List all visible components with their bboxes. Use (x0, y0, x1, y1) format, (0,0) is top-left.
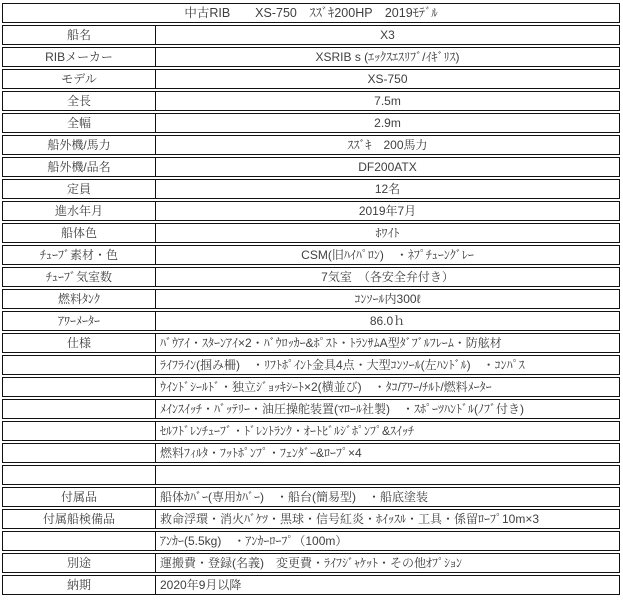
row-value: ﾎﾜｲﾄ (156, 224, 619, 242)
table-row: 船名 X3 (2, 25, 620, 45)
row-label (3, 378, 156, 396)
row-value: DF200ATX (156, 158, 619, 176)
table-row: 仕様 ﾊﾞｳｱｲ・ｽﾀｰﾝｱｲ×2・ﾊﾞｳﾛｯｶｰ&ﾎﾟｽﾄ・ﾄﾗﾝｻﾑA型ﾀﾞ… (2, 333, 620, 353)
table-row: ｱﾝｶｰ(5.5kg) ・ｱﾝｶｰﾛｰﾌﾟ（100m） (2, 531, 620, 551)
row-label: 船体色 (3, 224, 156, 242)
row-value: 運搬費・登録(名義) 変更費・ﾗｲﾌｼﾞｬｹｯﾄ・その他ｵﾌﾟｼｮﾝ (156, 554, 619, 572)
row-value: XS-750 (156, 70, 619, 88)
row-value: ｳｲﾝﾄﾞｼｰﾙﾄﾞ・独立ｼﾞｮｯｷｼｰﾄ×2(横並び) ・ﾀｺ/ｱﾜｰ/ﾁﾙﾄ… (156, 378, 619, 396)
row-label: ﾁｭｰﾌﾞ気室数 (3, 268, 156, 286)
row-label (3, 356, 156, 374)
table-row: 付属船検備品 救命浮環・消火ﾊﾞｹﾂ・黒球・信号紅炎・ﾎｲｯｽﾙ・工具・係留ﾛｰ… (2, 509, 620, 529)
table-row: モデル XS-750 (2, 69, 620, 89)
row-value: 燃料ﾌｨﾙﾀ・ﾌｯﾄﾎﾟﾝﾌﾟ・ﾌｪﾝﾀﾞｰ&ﾛｰﾌﾟ×4 (156, 444, 619, 462)
table-row: 定員 12名 (2, 179, 620, 199)
table-row: ｳｲﾝﾄﾞｼｰﾙﾄﾞ・独立ｼﾞｮｯｷｼｰﾄ×2(横並び) ・ﾀｺ/ｱﾜｰ/ﾁﾙﾄ… (2, 377, 620, 397)
row-value: 救命浮環・消火ﾊﾞｹﾂ・黒球・信号紅炎・ﾎｲｯｽﾙ・工具・係留ﾛｰﾌﾟ10m×3 (156, 510, 619, 528)
table-row: 船外機/馬力 ｽｽﾞｷ 200馬力 (2, 135, 620, 155)
row-label: モデル (3, 70, 156, 88)
row-value: 12名 (156, 180, 619, 198)
table-row: 付属品 船体ｶﾊﾞｰ(専用ｶﾊﾞｰ) ・船台(簡易型) ・船底塗装 (2, 487, 620, 507)
table-row: 船体色 ﾎﾜｲﾄ (2, 223, 620, 243)
row-label: ｱﾜｰﾒｰﾀｰ (3, 312, 156, 330)
row-value: ｽｽﾞｷ 200馬力 (156, 136, 619, 154)
row-label: 船名 (3, 26, 156, 44)
row-value: ｺﾝｿｰﾙ内300ℓ (156, 290, 619, 308)
row-value: X3 (156, 26, 619, 44)
table-row: ﾗｲﾌﾗｲﾝ(掴み柵) ・ﾘﾌﾄﾎﾟｲﾝﾄ金具4点・大型ｺﾝｿｰﾙ(左ﾊﾝﾄﾞﾙ… (2, 355, 620, 375)
row-value: ﾗｲﾌﾗｲﾝ(掴み柵) ・ﾘﾌﾄﾎﾟｲﾝﾄ金具4点・大型ｺﾝｿｰﾙ(左ﾊﾝﾄﾞﾙ… (156, 356, 619, 374)
row-label: 全幅 (3, 114, 156, 132)
row-label (3, 400, 156, 418)
table-row: ﾁｭｰﾌﾞ素材・色 CSM(旧ﾊｲﾊﾟﾛﾝ) ・ﾈﾌﾟﾁｭｰﾝｸﾞﾚｰ (2, 245, 620, 265)
row-value: CSM(旧ﾊｲﾊﾟﾛﾝ) ・ﾈﾌﾟﾁｭｰﾝｸﾞﾚｰ (156, 246, 619, 264)
row-label: 付属品 (3, 488, 156, 506)
row-label: RIBメーカー (3, 48, 156, 66)
table-title: 中古RIB XS-750 ｽｽﾞｷ200HP 2019ﾓﾃﾞﾙ (3, 4, 619, 22)
table-row: ﾒｲﾝｽｲｯﾁ・ﾊﾞｯﾃﾘｰ・油圧操舵装置(ﾏﾛｰﾙ社製) ・ｽﾎﾟｰﾂﾊﾝﾄﾞ… (2, 399, 620, 419)
table-row: ｾﾙﾌﾄﾞﾚﾝﾁｭｰﾌﾞ・ﾄﾞﾚﾝﾄﾗﾝｸ・ｵｰﾄﾋﾞﾙｼﾞﾎﾟﾝﾌﾟ&ｽｲｯﾁ (2, 421, 620, 441)
table-row: 船外機/品名 DF200ATX (2, 157, 620, 177)
table-row: 燃料ﾌｨﾙﾀ・ﾌｯﾄﾎﾟﾝﾌﾟ・ﾌｪﾝﾀﾞｰ&ﾛｰﾌﾟ×4 (2, 443, 620, 463)
row-value: 2.9m (156, 114, 619, 132)
table-row (2, 465, 620, 485)
table-row: 進水年月 2019年7月 (2, 201, 620, 221)
row-value (156, 466, 619, 484)
row-value: 2020年9月以降 (156, 576, 619, 594)
row-label: ﾁｭｰﾌﾞ素材・色 (3, 246, 156, 264)
row-value: 7気室 （各安全弁付き） (156, 268, 619, 286)
row-label (3, 444, 156, 462)
row-label: 納期 (3, 576, 156, 594)
table-row: 別途 運搬費・登録(名義) 変更費・ﾗｲﾌｼﾞｬｹｯﾄ・その他ｵﾌﾟｼｮﾝ (2, 553, 620, 573)
table-row: ｱﾜｰﾒｰﾀｰ 86.0ｈ (2, 311, 620, 331)
table-title-row: 中古RIB XS-750 ｽｽﾞｷ200HP 2019ﾓﾃﾞﾙ (2, 3, 620, 23)
row-value: 2019年7月 (156, 202, 619, 220)
table-row: 全長 7.5m (2, 91, 620, 111)
table-row: 納期 2020年9月以降 (2, 575, 620, 595)
row-value: 船体ｶﾊﾞｰ(専用ｶﾊﾞｰ) ・船台(簡易型) ・船底塗装 (156, 488, 619, 506)
row-value: 86.0ｈ (156, 312, 619, 330)
row-label: 仕様 (3, 334, 156, 352)
row-label: 進水年月 (3, 202, 156, 220)
row-value: XSRIB s (ｴｯｸｽｴｽﾘﾌﾞ/ｲｷﾞﾘｽ) (156, 48, 619, 66)
row-value: ｾﾙﾌﾄﾞﾚﾝﾁｭｰﾌﾞ・ﾄﾞﾚﾝﾄﾗﾝｸ・ｵｰﾄﾋﾞﾙｼﾞﾎﾟﾝﾌﾟ&ｽｲｯﾁ (156, 422, 619, 440)
table-row: 燃料ﾀﾝｸ ｺﾝｿｰﾙ内300ℓ (2, 289, 620, 309)
row-label: 全長 (3, 92, 156, 110)
row-value: 7.5m (156, 92, 619, 110)
row-label: 燃料ﾀﾝｸ (3, 290, 156, 308)
row-label (3, 466, 156, 484)
row-label (3, 532, 156, 550)
row-label: 定員 (3, 180, 156, 198)
row-label (3, 422, 156, 440)
row-label: 付属船検備品 (3, 510, 156, 528)
row-label: 船外機/品名 (3, 158, 156, 176)
used-boat-spec-sheet: 中古RIB XS-750 ｽｽﾞｷ200HP 2019ﾓﾃﾞﾙ 船名 X3 RI… (2, 3, 620, 595)
row-value: ﾒｲﾝｽｲｯﾁ・ﾊﾞｯﾃﾘｰ・油圧操舵装置(ﾏﾛｰﾙ社製) ・ｽﾎﾟｰﾂﾊﾝﾄﾞ… (156, 400, 619, 418)
row-label: 船外機/馬力 (3, 136, 156, 154)
table-row: ﾁｭｰﾌﾞ気室数 7気室 （各安全弁付き） (2, 267, 620, 287)
table-row: 全幅 2.9m (2, 113, 620, 133)
spec-table-body: 船名 X3 RIBメーカー XSRIB s (ｴｯｸｽｴｽﾘﾌﾞ/ｲｷﾞﾘｽ) … (2, 25, 620, 595)
row-label: 別途 (3, 554, 156, 572)
row-value: ｱﾝｶｰ(5.5kg) ・ｱﾝｶｰﾛｰﾌﾟ（100m） (156, 532, 619, 550)
row-value: ﾊﾞｳｱｲ・ｽﾀｰﾝｱｲ×2・ﾊﾞｳﾛｯｶｰ&ﾎﾟｽﾄ・ﾄﾗﾝｻﾑA型ﾀﾞﾌﾞﾙ… (156, 334, 619, 352)
table-row: RIBメーカー XSRIB s (ｴｯｸｽｴｽﾘﾌﾞ/ｲｷﾞﾘｽ) (2, 47, 620, 67)
